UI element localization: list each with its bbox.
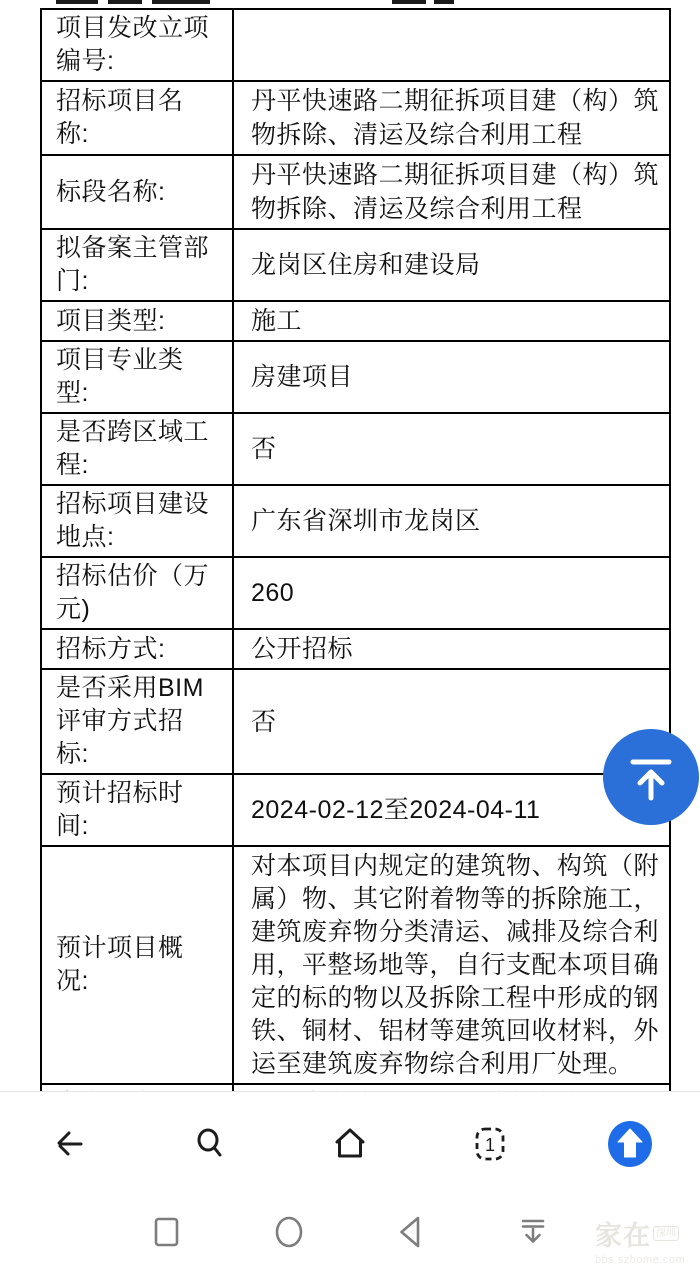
table-row: 预计项目概 况:对本项目内规定的建筑物、构筑（附属）物、其它附着物等的拆除施工，… xyxy=(42,847,669,1085)
row-value xyxy=(234,10,669,80)
table-row: 招标估价（万 元)260 xyxy=(42,558,669,630)
clipped-text-remnant xyxy=(434,0,454,4)
clipped-text-remnant xyxy=(392,0,426,4)
browser-search-button[interactable] xyxy=(140,1121,280,1167)
row-label: 是否采用BIM 评审方式招 标: xyxy=(42,670,234,773)
project-info-table: 项目发改立项 编号:招标项目名 称:丹平快速路二期征拆项目建（构）筑物拆除、清运… xyxy=(40,8,671,1125)
table-row: 是否跨区域工 程:否 xyxy=(42,414,669,486)
row-value: 广东省深圳市龙岗区 xyxy=(234,486,669,556)
scroll-to-top-icon xyxy=(603,729,699,825)
table-row: 招标方式:公开招标 xyxy=(42,630,669,670)
clipped-text-remnant xyxy=(152,0,210,4)
table-row: 项目类型:施工 xyxy=(42,302,669,342)
row-value: 对本项目内规定的建筑物、构筑（附属）物、其它附着物等的拆除施工，建筑废弃物分类清… xyxy=(234,847,669,1083)
system-nav-bar xyxy=(0,1195,700,1269)
browser-up-button[interactable] xyxy=(560,1119,700,1169)
row-label: 预计招标时 间: xyxy=(42,775,234,845)
row-label: 项目发改立项 编号: xyxy=(42,10,234,80)
nav-home-button[interactable] xyxy=(267,1210,311,1254)
row-label: 招标项目建设 地点: xyxy=(42,486,234,556)
row-label: 招标估价（万 元) xyxy=(42,558,234,628)
browser-back-button[interactable] xyxy=(0,1121,140,1167)
nav-back-button[interactable] xyxy=(389,1210,433,1254)
table-row: 项目发改立项 编号: xyxy=(42,10,669,82)
row-label: 项目专业类 型: xyxy=(42,342,234,412)
clipped-text-remnant xyxy=(56,0,98,4)
row-value: 施工 xyxy=(234,302,669,340)
tab-count-label: 1 xyxy=(485,1135,495,1155)
row-value: 否 xyxy=(234,414,669,484)
hide-navbar-icon xyxy=(511,1210,555,1254)
row-value: 丹平快速路二期征拆项目建（构）筑物拆除、清运及综合利用工程 xyxy=(234,82,669,154)
scroll-to-top-button[interactable] xyxy=(603,729,699,825)
row-value: 公开招标 xyxy=(234,630,669,668)
table-row: 是否采用BIM 评审方式招 标:否 xyxy=(42,670,669,775)
row-value: 房建项目 xyxy=(234,342,669,412)
row-value: 龙岗区住房和建设局 xyxy=(234,230,669,300)
browser-tabs-button[interactable]: 1 xyxy=(420,1121,560,1167)
table-row: 项目专业类 型:房建项目 xyxy=(42,342,669,414)
row-value: 丹平快速路二期征拆项目建（构）筑物拆除、清运及综合利用工程 xyxy=(234,156,669,228)
nav-hide-button[interactable] xyxy=(511,1210,555,1254)
browser-home-button[interactable] xyxy=(280,1121,420,1167)
row-label: 标段名称: xyxy=(42,156,234,228)
row-label: 招标项目名 称: xyxy=(42,82,234,154)
home-icon xyxy=(327,1121,373,1167)
table-row: 招标项目建设 地点:广东省深圳市龙岗区 xyxy=(42,486,669,558)
row-value: 260 xyxy=(234,558,669,628)
search-icon xyxy=(187,1121,233,1167)
row-label: 招标方式: xyxy=(42,630,234,668)
table-row: 预计招标时 间:2024-02-12至2024-04-11 xyxy=(42,775,669,847)
table-row: 拟备案主管部 门:龙岗区住房和建设局 xyxy=(42,230,669,302)
recents-square-icon xyxy=(145,1210,189,1254)
browser-toolbar: 1 xyxy=(0,1091,700,1196)
tab-count-icon: 1 xyxy=(467,1121,513,1167)
table-row: 标段名称:丹平快速路二期征拆项目建（构）筑物拆除、清运及综合利用工程 xyxy=(42,156,669,230)
up-arrow-icon xyxy=(606,1119,654,1169)
clipped-text-remnant xyxy=(108,0,142,4)
back-arrow-icon xyxy=(47,1121,93,1167)
table-row: 招标项目名 称:丹平快速路二期征拆项目建（构）筑物拆除、清运及综合利用工程 xyxy=(42,82,669,156)
nav-recents-button[interactable] xyxy=(145,1210,189,1254)
row-label: 是否跨区域工 程: xyxy=(42,414,234,484)
home-circle-icon xyxy=(267,1210,311,1254)
row-label: 项目类型: xyxy=(42,302,234,340)
back-triangle-icon xyxy=(389,1210,433,1254)
row-label: 拟备案主管部 门: xyxy=(42,230,234,300)
row-label: 预计项目概 况: xyxy=(42,847,234,1083)
